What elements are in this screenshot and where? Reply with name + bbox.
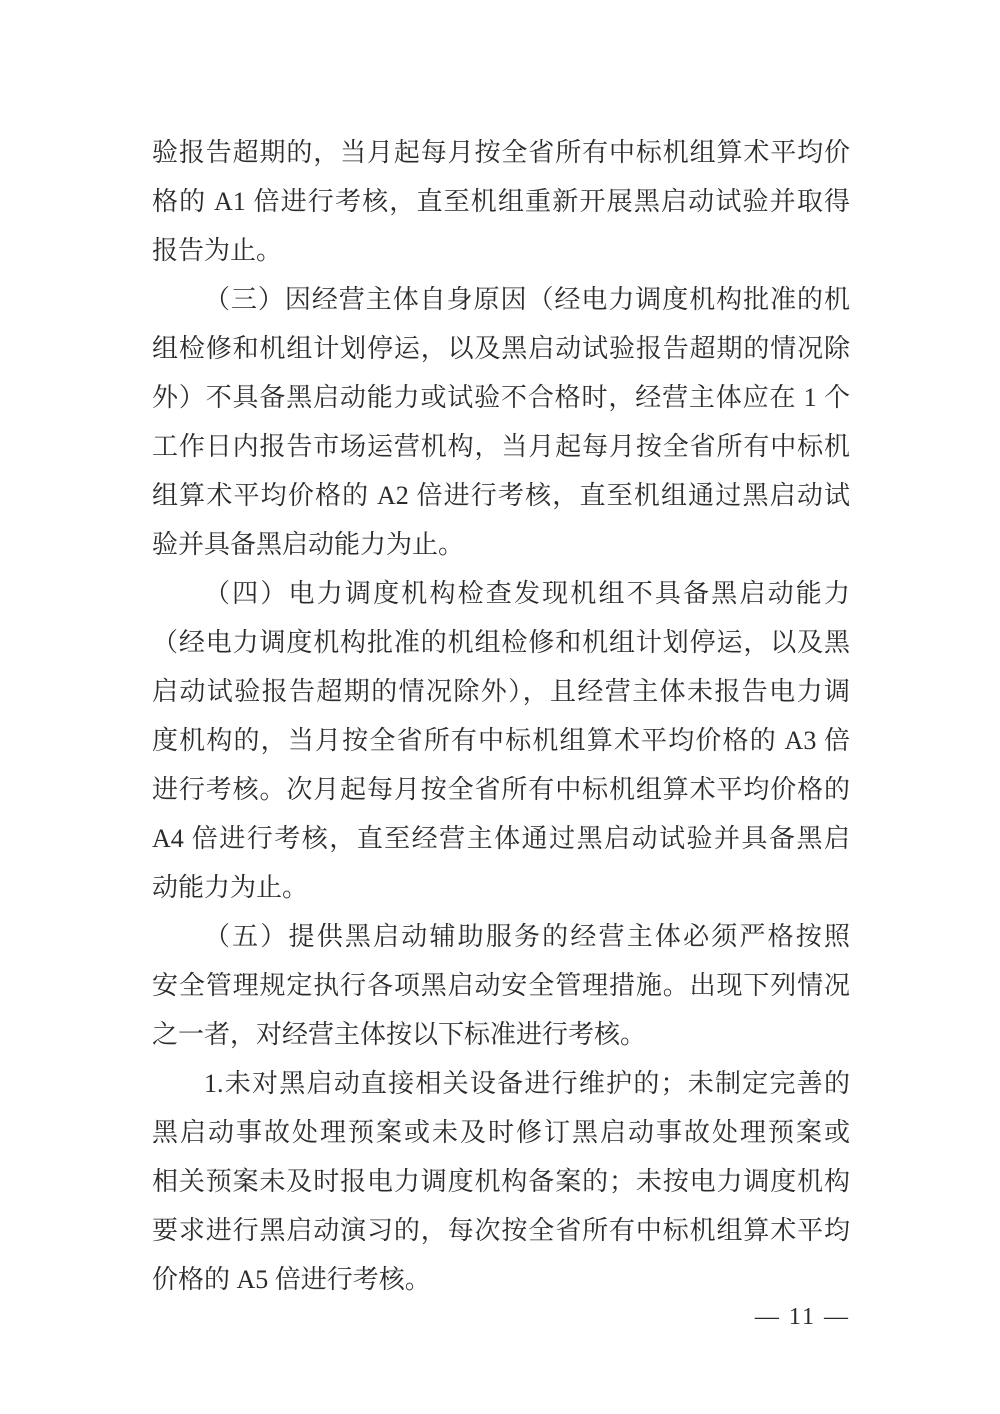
document-page: 验报告超期的，当月起每月按全省所有中标机组算术平均价格的 A1 倍进行考核，直至…: [0, 0, 1000, 1414]
text-line: 黑启动事故处理预案或未及时修订黑启动事故处理预案或: [152, 1108, 850, 1157]
text-line: 之一者，对经营主体按以下标准进行考核。: [152, 1010, 850, 1059]
text-line: 格的 A1 倍进行考核，直至机组重新开展黑启动试验并取得: [152, 177, 850, 226]
text-line: 报告为止。: [152, 226, 850, 275]
text-line: 验并具备黑启动能力为止。: [152, 520, 850, 569]
text-line: （四）电力调度机构检查发现机组不具备黑启动能力: [152, 569, 850, 618]
document-body: 验报告超期的，当月起每月按全省所有中标机组算术平均价格的 A1 倍进行考核，直至…: [152, 128, 850, 1304]
text-line: 组检修和机组计划停运，以及黑启动试验报告超期的情况除: [152, 324, 850, 373]
text-line: 验报告超期的，当月起每月按全省所有中标机组算术平均价: [152, 128, 850, 177]
text-line: 启动试验报告超期的情况除外），且经营主体未报告电力调: [152, 667, 850, 716]
text-line: A4 倍进行考核，直至经营主体通过黑启动试验并具备黑启: [152, 814, 850, 863]
page-number: — 11 —: [755, 1300, 850, 1334]
text-line: 工作日内报告市场运营机构，当月起每月按全省所有中标机: [152, 422, 850, 471]
text-line: 相关预案未及时报电力调度机构备案的；未按电力调度机构: [152, 1157, 850, 1206]
text-line: 外）不具备黑启动能力或试验不合格时，经营主体应在 1 个: [152, 373, 850, 422]
text-line: （五）提供黑启动辅助服务的经营主体必须严格按照: [152, 912, 850, 961]
text-line: 要求进行黑启动演习的，每次按全省所有中标机组算术平均: [152, 1206, 850, 1255]
text-line: （经电力调度机构批准的机组检修和机组计划停运，以及黑: [152, 618, 850, 667]
text-line: 进行考核。次月起每月按全省所有中标机组算术平均价格的: [152, 765, 850, 814]
text-line: 组算术平均价格的 A2 倍进行考核，直至机组通过黑启动试: [152, 471, 850, 520]
text-line: 安全管理规定执行各项黑启动安全管理措施。出现下列情况: [152, 961, 850, 1010]
text-line: 度机构的，当月按全省所有中标机组算术平均价格的 A3 倍: [152, 716, 850, 765]
text-line: 1.未对黑启动直接相关设备进行维护的；未制定完善的: [152, 1059, 850, 1108]
text-line: 动能力为止。: [152, 863, 850, 912]
text-line: （三）因经营主体自身原因（经电力调度机构批准的机: [152, 275, 850, 324]
text-line: 价格的 A5 倍进行考核。: [152, 1255, 850, 1304]
